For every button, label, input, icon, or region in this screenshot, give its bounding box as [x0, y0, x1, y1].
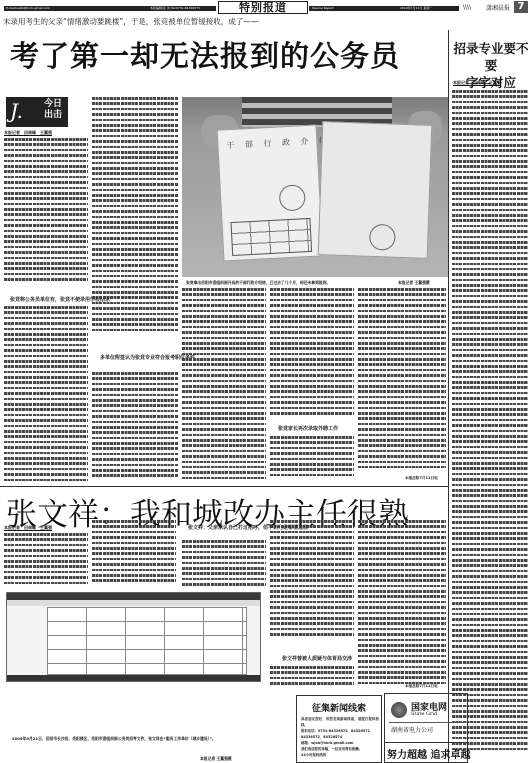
second-body-col2 — [92, 520, 176, 588]
column-logo-glyph: J. — [10, 99, 23, 123]
ad-slogan: 努力超越 追求卓越 — [387, 746, 470, 761]
news-tip-box: 征集新闻线索 读者朋友您好，若您发现新闻线索，请拨打报料热线， 报料电话：073… — [296, 695, 382, 763]
news-tip-body: 读者朋友您好，若您发现新闻线索，请拨打报料热线， 报料电话：0731-84326… — [301, 716, 379, 762]
masthead-date: 2010年7月12日 星期一 — [400, 5, 458, 11]
main-kicker: 未录用考生的父亲“情绪激动要跳楼”，于是，张竞被单位暂缓接收，成了—— — [3, 16, 258, 27]
ad-divider — [385, 742, 467, 743]
main-body-col1b — [4, 306, 88, 486]
page-number: 7 — [514, 1, 528, 13]
column-divider — [448, 30, 449, 763]
second-body-col4 — [270, 520, 354, 640]
second-body-col3 — [182, 540, 266, 590]
section-title: 特别报道 — [218, 1, 308, 14]
second-body-col4b — [270, 666, 354, 692]
main-body-col5 — [358, 288, 446, 474]
main-body-col1 — [4, 138, 88, 288]
main-headline: 考了第一却无法报到的公务员 — [10, 34, 400, 75]
photo-document-right — [318, 121, 433, 259]
main-source: 本报岳阳7月11日电 — [405, 476, 438, 481]
story-divider — [0, 486, 448, 487]
paper-logo: 潇湘晨报 — [486, 3, 510, 12]
main-body-col2 — [92, 97, 178, 337]
photo-document-left: 干 部 行 政 介 绍 信 — [217, 124, 324, 261]
second-body-col1 — [4, 533, 88, 589]
screenshot-table — [47, 607, 247, 675]
photo-stamp-icon — [279, 184, 306, 211]
ad-subsidiary: 湖南省电力公司 — [391, 725, 433, 734]
second-source: 本报岳阳7月11日电 — [405, 684, 438, 689]
photo-credit: 本报记者 王翼强摄 — [398, 280, 430, 286]
screenshot-credit: 本报记者 王翼强摄 — [200, 756, 232, 762]
main-body-col3 — [182, 288, 266, 484]
side-byline: 本报记者 田周峰 王翼强 — [453, 80, 501, 86]
photo-document-table — [230, 218, 312, 256]
main-photo: 干 部 行 政 介 绍 信 — [182, 97, 448, 277]
second-subhead-2: 张文祥曾被人质疑与体育局交涉 — [282, 655, 352, 662]
masthead: E-mail:wjxb@hnrb.gmail.com 本版编辑/张 伟 Tel:… — [0, 0, 530, 14]
side-body — [452, 90, 528, 755]
main-body-col4b — [270, 436, 354, 484]
main-subhead-2: 多单位附签认为张竞专业符合报考职位条件 — [100, 354, 195, 361]
column-logo: J. 今日出击 — [6, 97, 68, 127]
ad-company-en: State Grid — [411, 711, 437, 717]
second-byline: 本报记者 田周峰 王翼强 — [4, 525, 52, 531]
webpage-screenshot-photo — [6, 592, 261, 682]
main-body-col2b — [92, 372, 178, 484]
column-logo-text: 今日出击 — [44, 99, 62, 121]
stripes-decoration-icon: \\\\ — [463, 4, 471, 11]
screenshot-menubar — [7, 600, 260, 606]
photo-stamp-icon — [369, 224, 396, 251]
masthead-email: E-mail:wjxb@hnrb.gmail.com — [6, 5, 106, 11]
second-body-col5 — [358, 520, 446, 690]
main-byline: 本报记者 田周峰 王翼强 — [4, 130, 52, 136]
screenshot-titlebar — [7, 593, 260, 600]
ad-divider — [389, 722, 465, 723]
state-grid-ad: 国家电网 State Grid 湖南省电力公司 努力超越 追求卓越 — [384, 693, 468, 763]
main-subhead-3: 张竞家长再次录取外聘工作 — [278, 425, 338, 432]
main-body-col4 — [270, 288, 354, 418]
photo-caption: 张竞拿出岳阳市委组织部开具的干部行政介绍信，已过去了几个月，却还未拿到报到。 — [186, 280, 330, 286]
state-grid-logo-icon — [391, 702, 407, 718]
masthead-editor: 本版编辑/张 伟 Tel:0731-84326573 — [150, 5, 215, 11]
screenshot-caption: 2009年9月21日，岳阳市长沙县、岳阳楼区、岳阳市委组织部公务员招考文件，张文… — [12, 736, 252, 741]
screenshot-taskbar — [7, 675, 260, 681]
news-tip-title: 征集新闻线索 — [297, 701, 381, 714]
section-en: Special Report — [312, 5, 352, 11]
